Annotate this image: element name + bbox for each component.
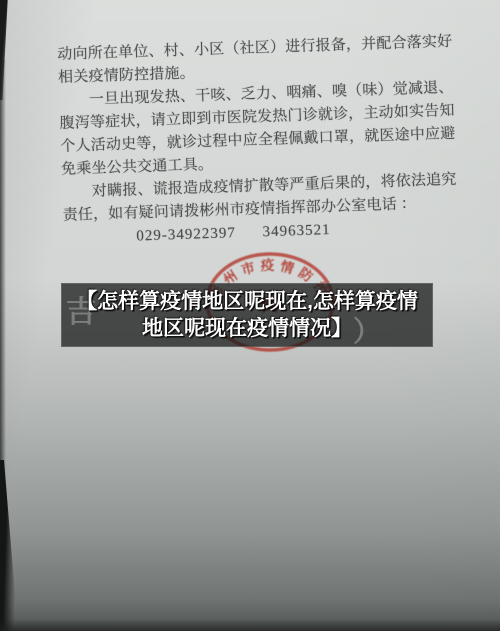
photo-edge-left — [0, 60, 6, 490]
photo-edge-bottom-left — [0, 460, 18, 631]
hotline-number-2: 34963521 — [262, 219, 331, 244]
hotline-number-1: 029-34922397 — [136, 225, 236, 244]
photo-edge-top-left — [0, 0, 14, 100]
caption-line-1: 【怎样算疫情地区呢现在,怎样算疫情 — [62, 288, 432, 315]
caption-overlay: 吉 ） 【怎样算疫情地区呢现在,怎样算疫情 地区呢现在疫情情况】 — [61, 283, 433, 347]
photo-edge-bottom — [0, 619, 500, 631]
caption-line-2: 地区呢现在疫情情况】 — [62, 315, 432, 342]
notice-body: 动向所在单位、村、小区（社区）进行报备，并配合落实好 相关疫情防控措施。 一旦出… — [57, 31, 462, 251]
photographed-document: 动向所在单位、村、小区（社区）进行报备，并配合落实好 相关疫情防控措施。 一旦出… — [0, 0, 500, 631]
